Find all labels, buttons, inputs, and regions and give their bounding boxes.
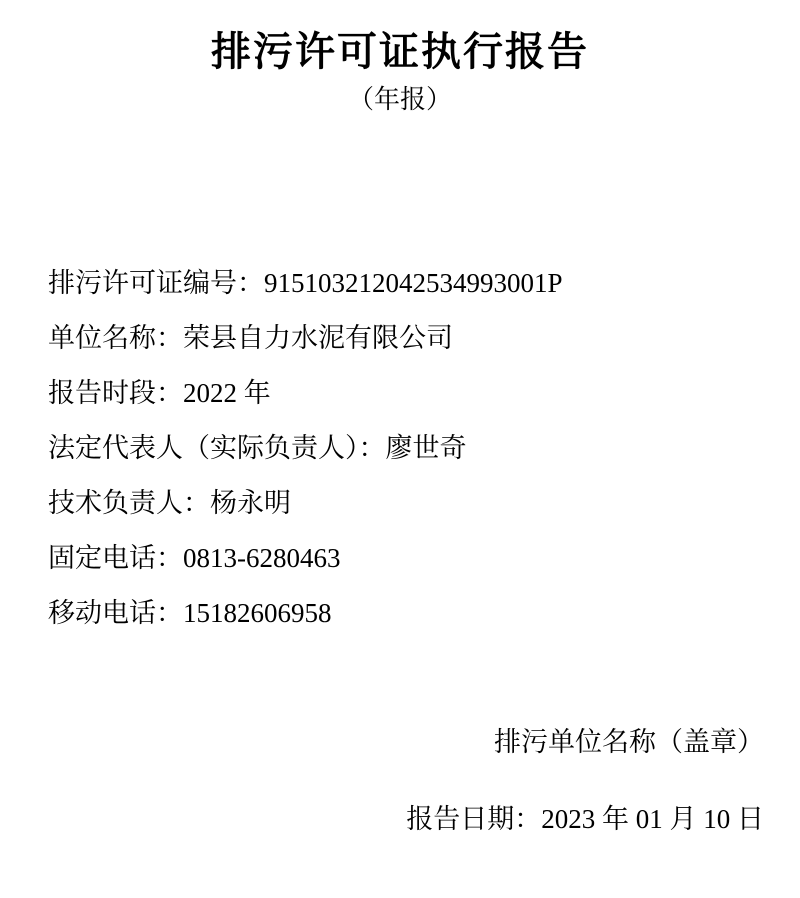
landline-phone-value: 0813-6280463 bbox=[183, 543, 341, 573]
mobile-phone-label: 移动电话： bbox=[48, 598, 183, 628]
field-row-landline-phone: 固定电话：0813-6280463 bbox=[48, 531, 760, 586]
legal-representative-value: 廖世奇 bbox=[386, 433, 467, 463]
field-list: 排污许可证编号：915103212042534993001P 单位名称：荣县自力… bbox=[48, 256, 760, 641]
report-period-value: 2022 年 bbox=[183, 378, 271, 408]
field-row-technical-director: 技术负责人：杨永明 bbox=[48, 476, 760, 531]
field-row-unit-name: 单位名称：荣县自力水泥有限公司 bbox=[48, 311, 760, 366]
report-period-label: 报告时段： bbox=[48, 378, 183, 408]
page-title: 排污许可证执行报告 bbox=[0, 30, 800, 74]
field-row-legal-representative: 法定代表人（实际负责人）：廖世奇 bbox=[48, 421, 760, 476]
report-date-label: 报告日期： bbox=[406, 804, 541, 834]
report-date-value: 2023 年 01 月 10 日 bbox=[541, 804, 764, 834]
report-date-line: 报告日期：2023 年 01 月 10 日 bbox=[406, 806, 764, 833]
unit-name-label: 单位名称： bbox=[48, 323, 183, 353]
permit-number-value: 915103212042534993001P bbox=[264, 268, 563, 298]
report-cover-page: 排污许可证执行报告 （年报） 排污许可证编号：91510321204253499… bbox=[0, 0, 800, 898]
field-row-report-period: 报告时段：2022 年 bbox=[48, 366, 760, 421]
mobile-phone-value: 15182606958 bbox=[183, 598, 332, 628]
field-row-mobile-phone: 移动电话：15182606958 bbox=[48, 586, 760, 641]
unit-name-value: 荣县自力水泥有限公司 bbox=[183, 323, 453, 353]
page-subtitle: （年报） bbox=[0, 86, 800, 115]
technical-director-value: 杨永明 bbox=[210, 488, 291, 518]
legal-representative-label: 法定代表人（实际负责人）： bbox=[48, 433, 386, 463]
field-row-permit-number: 排污许可证编号：915103212042534993001P bbox=[48, 256, 760, 311]
unit-stamp-line: 排污单位名称（盖章） bbox=[494, 729, 764, 756]
permit-number-label: 排污许可证编号： bbox=[48, 268, 264, 298]
technical-director-label: 技术负责人： bbox=[48, 488, 210, 518]
landline-phone-label: 固定电话： bbox=[48, 543, 183, 573]
